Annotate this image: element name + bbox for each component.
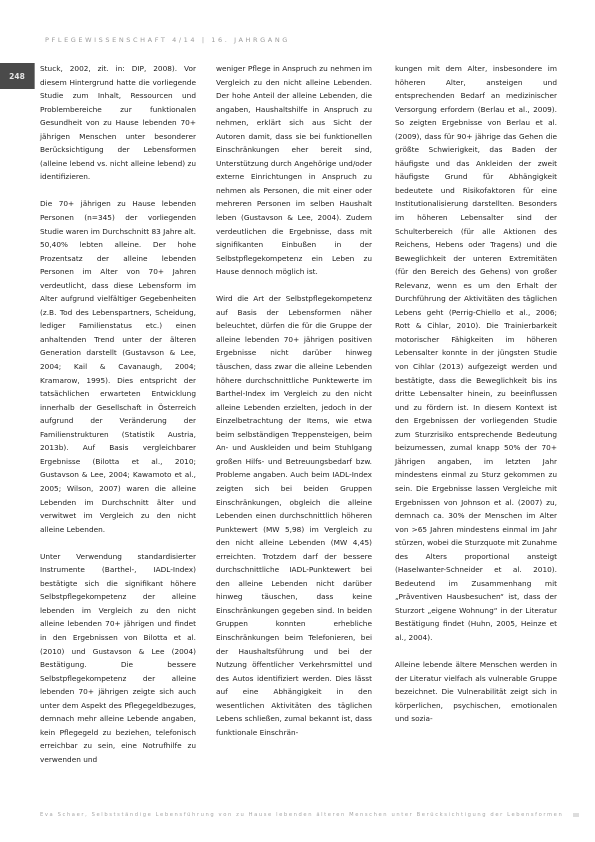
paragraph: Wird die Art der Selbstpflegekompetenz a… xyxy=(216,292,372,739)
paragraph: Die 70+ jährigen zu Hause lebenden Perso… xyxy=(40,197,196,536)
paragraph: weniger Pflege in Anspruch zu nehmen im … xyxy=(216,62,372,279)
running-footer: Eva Schaer, Selbstständige Lebensführung… xyxy=(40,812,579,818)
text-column-1: Stuck, 2002, zit. in: DIP, 2008). Vor di… xyxy=(40,62,196,780)
page-number: 248 xyxy=(9,72,25,81)
paragraph: Unter Verwendung standardisierter Instru… xyxy=(40,550,196,767)
footer-marker-icon xyxy=(573,813,579,817)
paragraph: Stuck, 2002, zit. in: DIP, 2008). Vor di… xyxy=(40,62,196,184)
page-number-badge: 248 xyxy=(0,63,35,89)
paragraph: kungen mit dem Alter, insbesondere im hö… xyxy=(395,62,557,645)
text-column-3: kungen mit dem Alter, insbesondere im hö… xyxy=(395,62,557,739)
running-header: Pflegewissenschaft 4/14 | 16. Jahrgang xyxy=(45,36,290,44)
paragraph: Alleine lebende ältere Menschen werden i… xyxy=(395,658,557,726)
footer-text: Eva Schaer, Selbstständige Lebensführung… xyxy=(40,812,563,818)
text-column-2: weniger Pflege in Anspruch zu nehmen im … xyxy=(216,62,372,753)
